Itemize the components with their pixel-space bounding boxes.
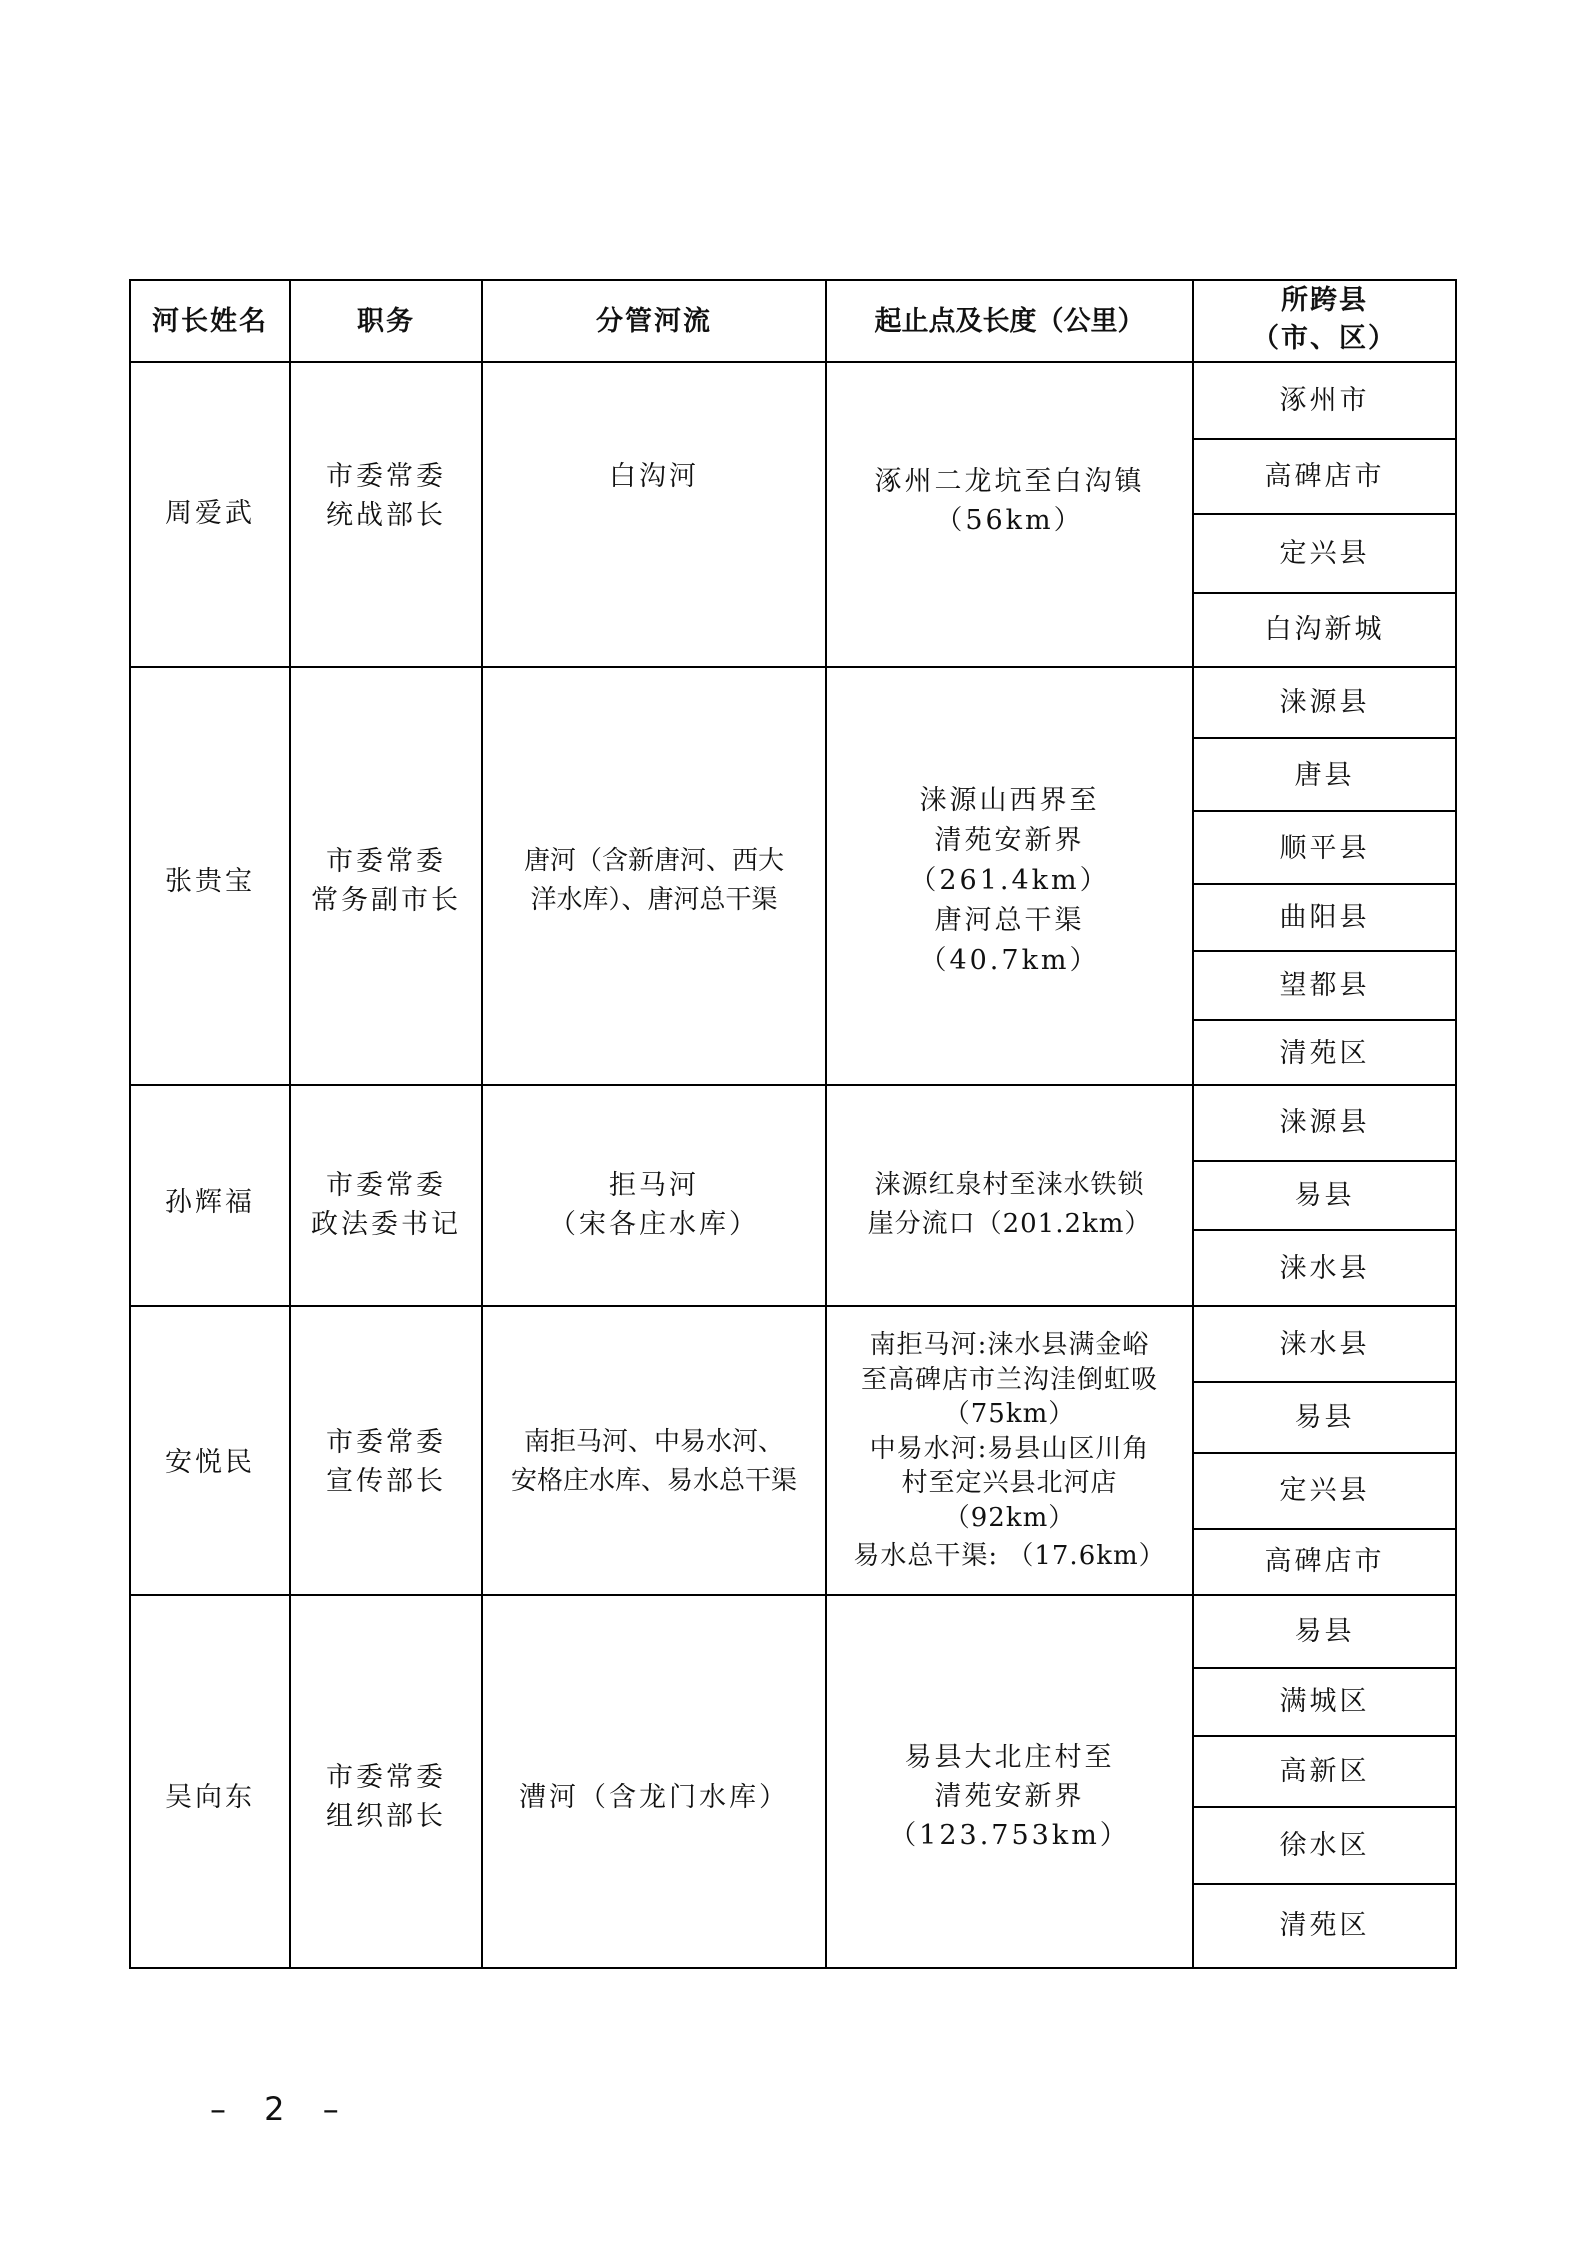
header-cell-name: 河长姓名 <box>130 302 290 341</box>
chief-name: 孙辉福 <box>130 1183 290 1222</box>
river-name: 漕河（含龙门水库） <box>482 1778 826 1817</box>
row-divider <box>130 1084 1457 1086</box>
county-divider <box>1193 513 1457 515</box>
chief-title: 市委常委 常务副市长 <box>290 842 482 920</box>
county: 涞源县 <box>1193 1103 1456 1142</box>
chief-title: 市委常委 宣传部长 <box>290 1423 482 1501</box>
county-divider <box>1193 737 1457 739</box>
county-divider <box>1193 1528 1457 1530</box>
county: 曲阳县 <box>1193 898 1456 937</box>
county-divider <box>1193 1883 1457 1885</box>
county-divider <box>1193 1229 1457 1231</box>
river-name: 唐河（含新唐河、西大 洋水库）、唐河总干渠 <box>482 842 826 920</box>
header-divider <box>130 361 1457 363</box>
county: 涿州市 <box>1193 381 1456 420</box>
page-number: – 2 – <box>210 2090 353 2128</box>
county: 顺平县 <box>1193 829 1456 868</box>
county: 唐县 <box>1193 756 1456 795</box>
river-name: 白沟河 <box>482 457 826 496</box>
county: 望都县 <box>1193 966 1456 1005</box>
river-extent: 涞源红泉村至涞水铁锁 崖分流口（201.2km） <box>826 1166 1193 1244</box>
county-divider <box>1193 1452 1457 1454</box>
county: 涞水县 <box>1193 1325 1456 1364</box>
header-cell-extent: 起止点及长度（公里） <box>826 302 1193 341</box>
county-divider <box>1193 1019 1457 1021</box>
county: 易县 <box>1193 1398 1456 1437</box>
chief-title: 市委常委 政法委书记 <box>290 1166 482 1244</box>
county-divider <box>1193 1667 1457 1669</box>
chief-name: 张贵宝 <box>130 862 290 901</box>
header-cell-counties: 所跨县 （市、区） <box>1193 282 1456 358</box>
county: 易县 <box>1193 1176 1456 1215</box>
county: 高碑店市 <box>1193 1542 1456 1581</box>
county: 易县 <box>1193 1612 1456 1651</box>
table-border-top <box>130 279 1457 281</box>
row-divider <box>130 1594 1457 1596</box>
county-divider <box>1193 1735 1457 1737</box>
county-divider <box>1193 810 1457 812</box>
county-divider <box>1193 1806 1457 1808</box>
river-extent: 涿州二龙坑至白沟镇 （56km） <box>826 462 1193 540</box>
county-divider <box>1193 883 1457 885</box>
row-divider <box>130 666 1457 668</box>
county-divider <box>1193 950 1457 952</box>
county: 涞水县 <box>1193 1249 1456 1288</box>
county: 清苑区 <box>1193 1906 1456 1945</box>
county: 白沟新城 <box>1193 610 1456 649</box>
chief-name: 吴向东 <box>130 1778 290 1817</box>
river-extent: 南拒马河:涞水县满金峪 至高碑店市兰沟洼倒虹吸 （75km） 中易水河:易县山区… <box>826 1328 1193 1574</box>
county: 清苑区 <box>1193 1034 1456 1073</box>
chief-title: 市委常委 统战部长 <box>290 457 482 535</box>
county: 定兴县 <box>1193 534 1456 573</box>
chief-title: 市委常委 组织部长 <box>290 1758 482 1836</box>
river-extent: 易县大北庄村至 清苑安新界 （123.753km） <box>826 1738 1193 1855</box>
table-border-bottom <box>130 1967 1457 1969</box>
header-cell-title: 职务 <box>290 302 482 341</box>
county-divider <box>1193 592 1457 594</box>
county: 涞源县 <box>1193 683 1456 722</box>
chief-name: 周爱武 <box>130 494 290 533</box>
river-name: 拒马河 （宋各庄水库） <box>482 1166 826 1244</box>
county: 高碑店市 <box>1193 457 1456 496</box>
river-extent: 涞源山西界至 清苑安新界 （261.4km） 唐河总干渠 （40.7km） <box>826 781 1193 981</box>
document-page: 河长姓名 职务 分管河流 起止点及长度（公里） 所跨县 （市、区） 周爱武 市委… <box>0 0 1587 2245</box>
county: 满城区 <box>1193 1682 1456 1721</box>
county: 徐水区 <box>1193 1826 1456 1865</box>
header-cell-river: 分管河流 <box>482 302 826 341</box>
county: 高新区 <box>1193 1752 1456 1791</box>
county-divider <box>1193 1381 1457 1383</box>
river-name: 南拒马河、中易水河、 安格庄水库、易水总干渠 <box>482 1423 826 1501</box>
row-divider <box>130 1305 1457 1307</box>
county: 定兴县 <box>1193 1471 1456 1510</box>
county-divider <box>1193 438 1457 440</box>
chief-name: 安悦民 <box>130 1443 290 1482</box>
county-divider <box>1193 1160 1457 1162</box>
